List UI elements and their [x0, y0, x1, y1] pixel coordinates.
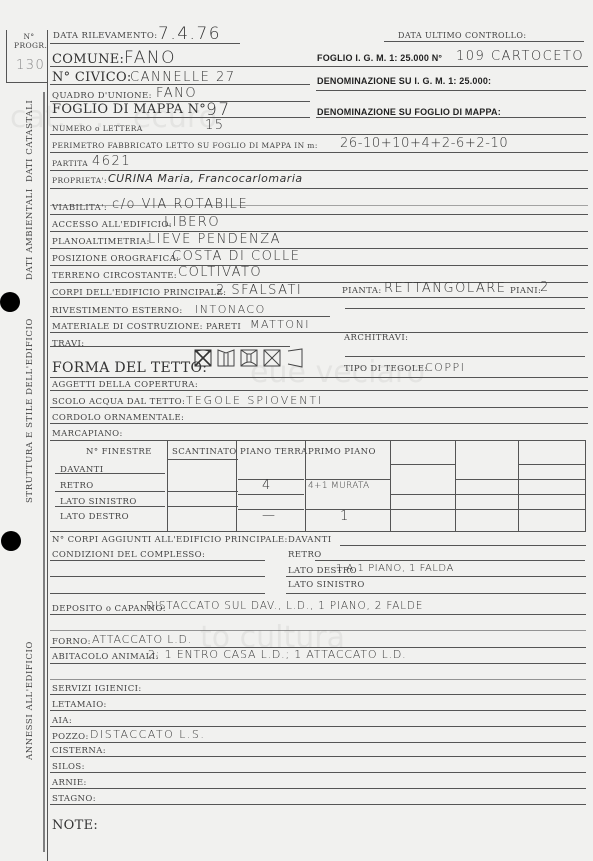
progr-value: 130 [16, 58, 45, 73]
aia-label: AIA: [52, 716, 72, 726]
abitacolo-value: 2; 1 ENTRO CASA L.D.; 1 ATTACCATO L.D. [148, 648, 406, 661]
perimetro-label: PERIMETRO FABBRICATO LETTO SU FOGLIO DI … [52, 141, 318, 150]
finestre-row-lato-sinistro: LATO SINISTRO [60, 497, 137, 507]
accesso-label: ACCESSO ALL'EDIFICIO: [52, 220, 172, 230]
partita-value: 4621 [92, 154, 131, 169]
pozzo-label: POZZO: [52, 732, 89, 742]
data-rilevamento-value: 7.4.76 [158, 24, 221, 44]
proprieta-value: CURINA Maria, Francocarlomaria [108, 172, 303, 185]
finestre-header-scantinato: SCANTINATO [172, 447, 237, 457]
viabilita-label: VIABILITA': [52, 203, 107, 213]
scolo-label: SCOLO ACQUA DAL TETTO: [52, 397, 185, 407]
forma-tetto-label: FORMA DEL TETTO: [52, 360, 207, 376]
section-struttura: STRUTTURA E STILE DELL'EDIFICIO [25, 318, 35, 503]
cordolo-label: CORDOLO ORNAMENTALE: [52, 413, 184, 423]
roof-gable-icon[interactable] [216, 348, 236, 368]
corpi-lato-sinistro-label: LATO SINISTRO [288, 580, 365, 590]
pianta-value: RETTANGOLARE [384, 281, 507, 296]
terreno-value: COLTIVATO [178, 265, 262, 280]
roof-hip-icon[interactable] [239, 348, 259, 368]
posizione-label: POSIZIONE OROGRAFICA: [52, 254, 179, 264]
planoaltimetria-label: PLANOALTIMETRIA: [52, 237, 150, 247]
posizione-value: COSTA DI COLLE [172, 249, 301, 264]
rivestimento-label: RIVESTIMENTO ESTERNO: [52, 306, 183, 316]
marcapiano-label: MARCAPIANO: [52, 429, 123, 439]
foglio-igm-value: 109 CARTOCETO [456, 49, 584, 64]
progr-label: N° PROGR. [14, 32, 44, 50]
perimetro-value: 26-10+10+4+2-6+2-10 [340, 136, 508, 151]
travi-label: TRAVI: [52, 339, 85, 349]
viabilita-value: c/o VIA ROTABILE [112, 197, 248, 212]
section-dati-catastali: DATI CATASTALI [25, 100, 35, 182]
comune-label: COMUNE: [52, 52, 124, 67]
corpi-davanti-label: DAVANTI [288, 535, 332, 545]
scolo-value: TEGOLE SPIOVENTI [186, 394, 323, 407]
corpi-value: 2 SFALSATI [216, 283, 302, 298]
condizioni-label: CONDIZIONI DEL COMPLESSO: [52, 550, 205, 560]
corpi-lato-destro-value: 1 A 1 PIANO, 1 FALDA [336, 563, 454, 574]
terreno-label: TERRENO CIRCOSTANTE: [52, 271, 177, 281]
materiale-value: MATTONI [250, 318, 310, 331]
quadro-label: QUADRO D'UNIONE: [52, 91, 152, 101]
forno-value: ATTACCATO L.D. [92, 633, 192, 646]
finestre-row-davanti: DAVANTI [60, 465, 104, 475]
silos-label: SILOS: [52, 762, 85, 772]
civico-value: CANNELLE 27 [130, 70, 236, 85]
civico-label: N° CIVICO: [52, 70, 132, 85]
finestre-header-primo-piano: PRIMO PIANO [308, 447, 376, 457]
roof-hip-x-icon[interactable] [193, 348, 213, 368]
materiale-label: MATERIALE DI COSTRUZIONE: [52, 322, 203, 332]
data-ultimo-controllo-label: DATA ULTIMO CONTROLLO: [398, 31, 526, 40]
roof-shed-icon[interactable] [285, 348, 305, 368]
foglio-igm-label: FOGLIO I. G. M. 1: 25.000 N° [317, 53, 442, 63]
finestre-header-label: N° FINESTRE [86, 447, 152, 457]
tipo-tegole-value: COPPI [425, 361, 465, 374]
materiale-sub: PARETI [206, 322, 241, 332]
quadro-value: FANO [156, 86, 197, 101]
stagno-label: STAGNO: [52, 794, 96, 804]
finestre-table: N° FINESTRE SCANTINATO PIANO TERRA PRIMO… [50, 440, 586, 532]
servizi-label: SERVIZI IGIENICI: [52, 684, 142, 694]
forno-label: FORNO: [52, 637, 91, 647]
finestre-row-retro: RETRO [60, 481, 94, 491]
deposito-value: DISTACCATO SUL DAV., L.D., 1 PIANO, 2 FA… [146, 600, 423, 612]
piani-value: 2 [540, 280, 550, 295]
abitacolo-label: ABITACOLO ANIMALI: [52, 652, 159, 662]
punch-hole [1, 531, 21, 551]
planoaltimetria-value: LIEVE PENDENZA [148, 232, 281, 247]
finestre-header-piano-terra: PIANO TERRA [240, 447, 308, 457]
section-dati-ambientali: DATI AMBIENTALI [25, 188, 35, 280]
data-rilevamento-label: DATA RILEVAMENTO: [53, 31, 158, 41]
note-label: NOTE: [52, 818, 98, 833]
partita-label: PARTITA [52, 159, 88, 168]
punch-hole [0, 292, 20, 312]
denominazione-foglio-label: DENOMINAZIONE SU FOGLIO DI MAPPA: [317, 107, 501, 117]
numero-value: 15 [205, 118, 225, 133]
arnie-label: ARNIE: [52, 778, 87, 788]
finestre-row-lato-destro: LATO DESTRO [60, 512, 129, 522]
tipo-tegole-label: TIPO DI TEGOLE: [344, 364, 428, 374]
letamaio-label: LETAMAIO: [52, 700, 107, 710]
finestre-retro-primo-piano: 4+1 MURATA [308, 481, 370, 491]
piani-label: PIANI: [510, 286, 541, 296]
accesso-value: LIBERO [164, 215, 220, 230]
roof-x-icon[interactable] [262, 348, 282, 368]
corpi-retro-label: RETRO [288, 550, 322, 560]
pozzo-value: DISTACCATO L.S. [90, 728, 205, 741]
rivestimento-value: INTONACO [195, 303, 266, 316]
numero-label: NUMERO o LETTERA [52, 124, 143, 133]
foglio-mappa-label: FOGLIO DI MAPPA N° [52, 102, 206, 117]
pianta-label: PIANTA: [342, 286, 382, 296]
finestre-lato-destro-piano-terra: — [262, 508, 277, 523]
architravi-label: ARCHITRAVI: [344, 333, 408, 343]
finestre-retro-piano-terra: 4 [262, 478, 272, 493]
section-annessi: ANNESSI ALL'EDIFICIO [25, 641, 35, 760]
comune-value: FANO [124, 48, 176, 68]
cisterna-label: CISTERNA: [52, 746, 106, 756]
denominazione-igm-label: DENOMINAZIONE SU I. G. M. 1: 25.000: [317, 76, 491, 86]
corpi-aggiunti-label: N° CORPI AGGIUNTI ALL'EDIFICIO PRINCIPAL… [52, 535, 288, 545]
aggetti-label: AGGETTI DELLA COPERTURA: [52, 380, 198, 390]
proprieta-label: PROPRIETA': [52, 176, 107, 185]
finestre-lato-destro-primo-piano: 1 [340, 509, 350, 524]
